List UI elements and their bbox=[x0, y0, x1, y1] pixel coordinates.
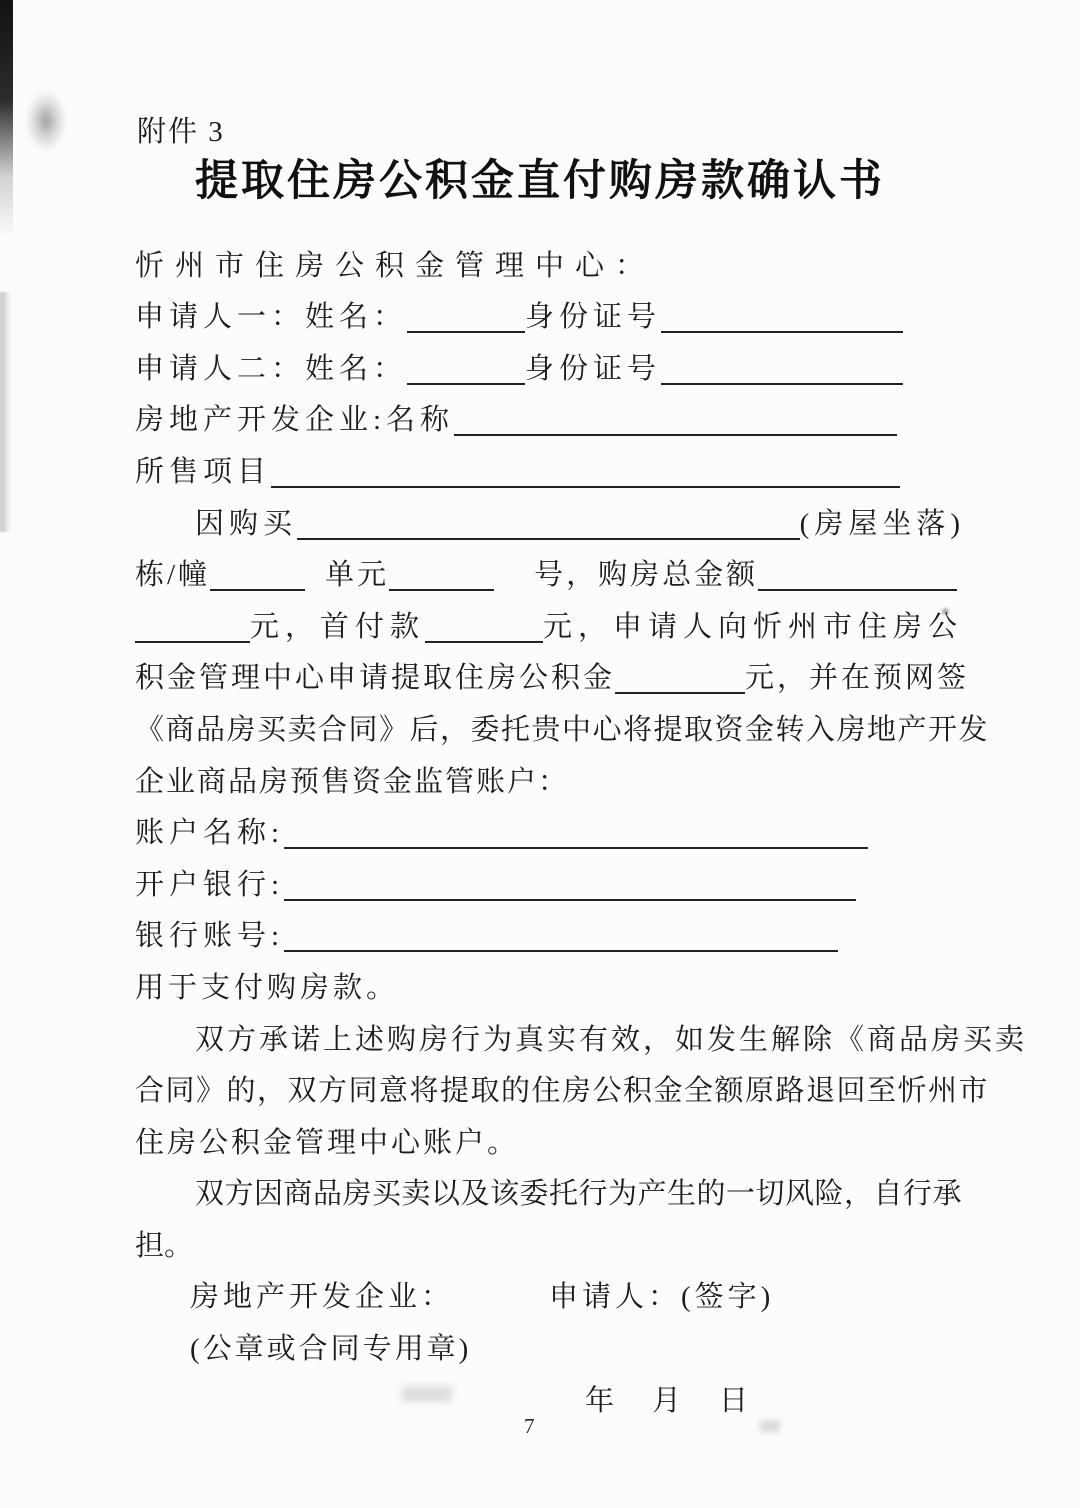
text-run: 双方承诺上述购房行为真实有效，如发生解除《商品房买卖 bbox=[195, 1026, 1027, 1060]
text-run: 房地产开发企业： bbox=[190, 1283, 454, 1317]
form-line-account-intro: 企业商品房预售资金监管账户： bbox=[135, 750, 965, 802]
page-number: 7 bbox=[524, 1416, 535, 1437]
document-title: 提取住房公积金直付购房款确认书 bbox=[0, 158, 1080, 205]
text-run: 申请人二：姓名： bbox=[135, 355, 407, 389]
form-line-risk-2: 担。 bbox=[135, 1214, 965, 1266]
form-line-amount-downpayment: 元，首付款元，申请人向忻州市住房公 bbox=[135, 595, 965, 647]
form-line-contract-clause: 《商品房买卖合同》后，委托贵中心将提取资金转入房地产开发 bbox=[135, 698, 965, 750]
spacer bbox=[454, 1316, 549, 1317]
blank-field bbox=[661, 353, 903, 385]
text-run: 元，申请人向忻州市住房公 bbox=[543, 613, 963, 647]
form-line-applicant-2: 申请人二：姓名：身份证号 bbox=[135, 337, 965, 389]
text-run: 积金管理中心申请提取住房公积金 bbox=[135, 664, 615, 698]
form-line-promise-3: 住房公积金管理中心账户。 bbox=[135, 1111, 965, 1163]
text-run: 《商品房买卖合同》后，委托贵中心将提取资金转入房地产开发 bbox=[135, 716, 989, 750]
text-run: 住房公积金管理中心账户。 bbox=[135, 1129, 519, 1163]
text-run: 申请人一：姓名： bbox=[135, 303, 407, 337]
blank-field bbox=[407, 301, 525, 333]
text-run: 账户名称: bbox=[135, 819, 284, 853]
form-line-risk-1: 双方因商品房买卖以及该委托行为产生的一切风险，自行承 bbox=[135, 1163, 965, 1215]
form-line-building-unit-number: 栋/幢单元号，购房总金额 bbox=[135, 544, 965, 596]
form-line-fund-withdraw-amount: 积金管理中心申请提取住房公积金元，并在预网签 bbox=[135, 647, 965, 699]
text-run: 因购买 bbox=[195, 510, 297, 544]
attachment-label: 附件 3 bbox=[137, 118, 225, 147]
form-line-promise-1: 双方承诺上述购房行为真实有效，如发生解除《商品房买卖 bbox=[135, 1008, 965, 1060]
text-run: 年 bbox=[585, 1387, 614, 1421]
text-run: 身份证号 bbox=[525, 303, 661, 337]
form-line-date-row: 年月日 bbox=[135, 1369, 965, 1421]
blank-field bbox=[297, 508, 800, 540]
text-run: 开户银行: bbox=[135, 871, 284, 905]
text-run: 所售项目 bbox=[135, 458, 271, 492]
text-run: 申请人：(签字) bbox=[549, 1283, 774, 1317]
blank-field bbox=[135, 611, 250, 643]
text-run: 日 bbox=[719, 1387, 748, 1421]
blank-field bbox=[758, 559, 957, 591]
spacer bbox=[614, 1420, 652, 1421]
blank-field bbox=[210, 559, 305, 591]
text-run: 月 bbox=[652, 1387, 681, 1421]
text-run: 元，首付款 bbox=[250, 613, 425, 647]
text-run: 企业商品房预售资金监管账户： bbox=[135, 768, 569, 802]
text-run: 用于支付购房款。 bbox=[135, 974, 399, 1008]
text-run: 栋/幢 bbox=[135, 561, 210, 595]
form-line-signature-row: 房地产开发企业：申请人：(签字) bbox=[135, 1266, 965, 1318]
blank-field bbox=[407, 353, 525, 385]
text-run: 合同》的，双方同意将提取的住房公积金全额原路退回至忻州市 bbox=[135, 1077, 989, 1111]
spacer bbox=[681, 1420, 719, 1421]
blank-field bbox=[284, 817, 868, 849]
blank-field bbox=[389, 559, 494, 591]
text-run: 银行账号: bbox=[135, 922, 284, 956]
text-run: 单元 bbox=[325, 561, 389, 595]
blank-field bbox=[284, 869, 856, 901]
spacer bbox=[305, 594, 325, 595]
scan-artifact-gray-blob bbox=[25, 90, 67, 152]
form-line-applicant-1: 申请人一：姓名：身份证号 bbox=[135, 286, 965, 338]
text-run: (房屋坐落) bbox=[800, 510, 965, 544]
text-run: 担。 bbox=[135, 1232, 193, 1266]
text-run: 号，购房总金额 bbox=[534, 561, 758, 595]
scanned-document-page: 附件 3 提取住房公积金直付购房款确认书 忻州市住房公积金管理中心：申请人一：姓… bbox=[0, 0, 1080, 1508]
text-run: 元，并在预网签 bbox=[745, 664, 969, 698]
text-run: 身份证号 bbox=[525, 355, 661, 389]
form-line-project-sold: 所售项目 bbox=[135, 440, 965, 492]
form-line-purchase-location: 因购买(房屋坐落) bbox=[135, 492, 965, 544]
text-run: 双方因商品房买卖以及该委托行为产生的一切风险，自行承 bbox=[195, 1180, 962, 1214]
document-body: 忻州市住房公积金管理中心：申请人一：姓名：身份证号申请人二：姓名：身份证号房地产… bbox=[135, 234, 965, 1421]
text-run: 房地产开发企业:名称 bbox=[135, 406, 454, 440]
form-line-salutation: 忻州市住房公积金管理中心： bbox=[135, 234, 965, 286]
blank-field bbox=[454, 404, 897, 436]
scan-artifact-smudge-bottom-right bbox=[760, 1420, 780, 1432]
spacer bbox=[494, 594, 534, 595]
blank-field bbox=[284, 920, 838, 952]
blank-field bbox=[615, 662, 745, 694]
form-line-bank-name: 开户银行: bbox=[135, 853, 965, 905]
spacer bbox=[135, 1420, 585, 1421]
form-line-promise-2: 合同》的，双方同意将提取的住房公积金全额原路退回至忻州市 bbox=[135, 1060, 965, 1112]
form-line-bank-account: 银行账号: bbox=[135, 905, 965, 957]
form-line-seal-note: (公章或合同专用章) bbox=[135, 1317, 965, 1369]
blank-field bbox=[425, 611, 543, 643]
blank-field bbox=[661, 301, 903, 333]
blank-field bbox=[271, 456, 900, 488]
form-line-usage-note: 用于支付购房款。 bbox=[135, 956, 965, 1008]
form-line-account-name: 账户名称: bbox=[135, 802, 965, 854]
text-run: 忻州市住房公积金管理中心： bbox=[135, 252, 655, 286]
text-run: (公章或合同专用章) bbox=[190, 1335, 471, 1369]
scan-artifact-left-edge-middle bbox=[0, 292, 11, 532]
form-line-developer-name: 房地产开发企业:名称 bbox=[135, 389, 965, 441]
